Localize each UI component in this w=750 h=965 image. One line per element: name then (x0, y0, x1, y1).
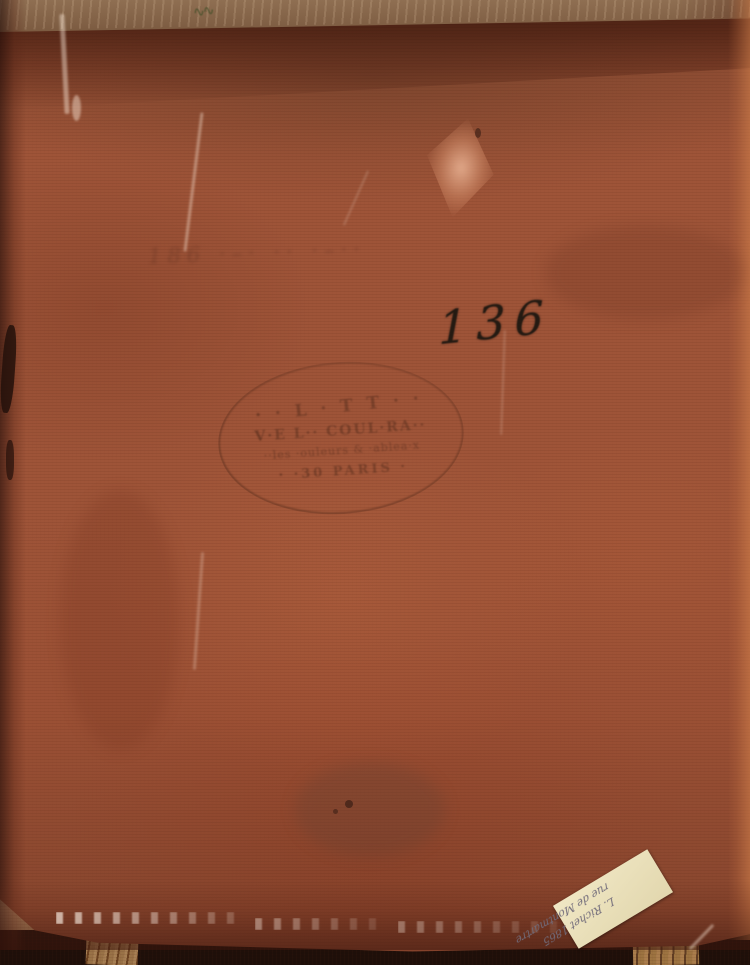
dark-speck (475, 128, 481, 138)
paint-chip (6, 440, 14, 480)
stamp-line-3: · ·30 PARIS · (278, 459, 408, 483)
label-handwriting: L. Richet 1865 rue de Montmartre (610, 892, 615, 906)
bottom-edge-scuffs (255, 918, 385, 930)
dark-speck (333, 809, 338, 814)
dark-speck (345, 800, 353, 808)
photo-of-painting-verso: ∿∿ 186 ·–· ·· ·–·· 136 · · L · T T · · V… (0, 0, 750, 965)
bottom-edge-scuffs (56, 912, 246, 924)
dark-smudge (60, 490, 180, 750)
white-paint-blob (72, 95, 81, 121)
dark-smudge (295, 762, 445, 857)
panel-right-edge-highlight (728, 0, 750, 940)
